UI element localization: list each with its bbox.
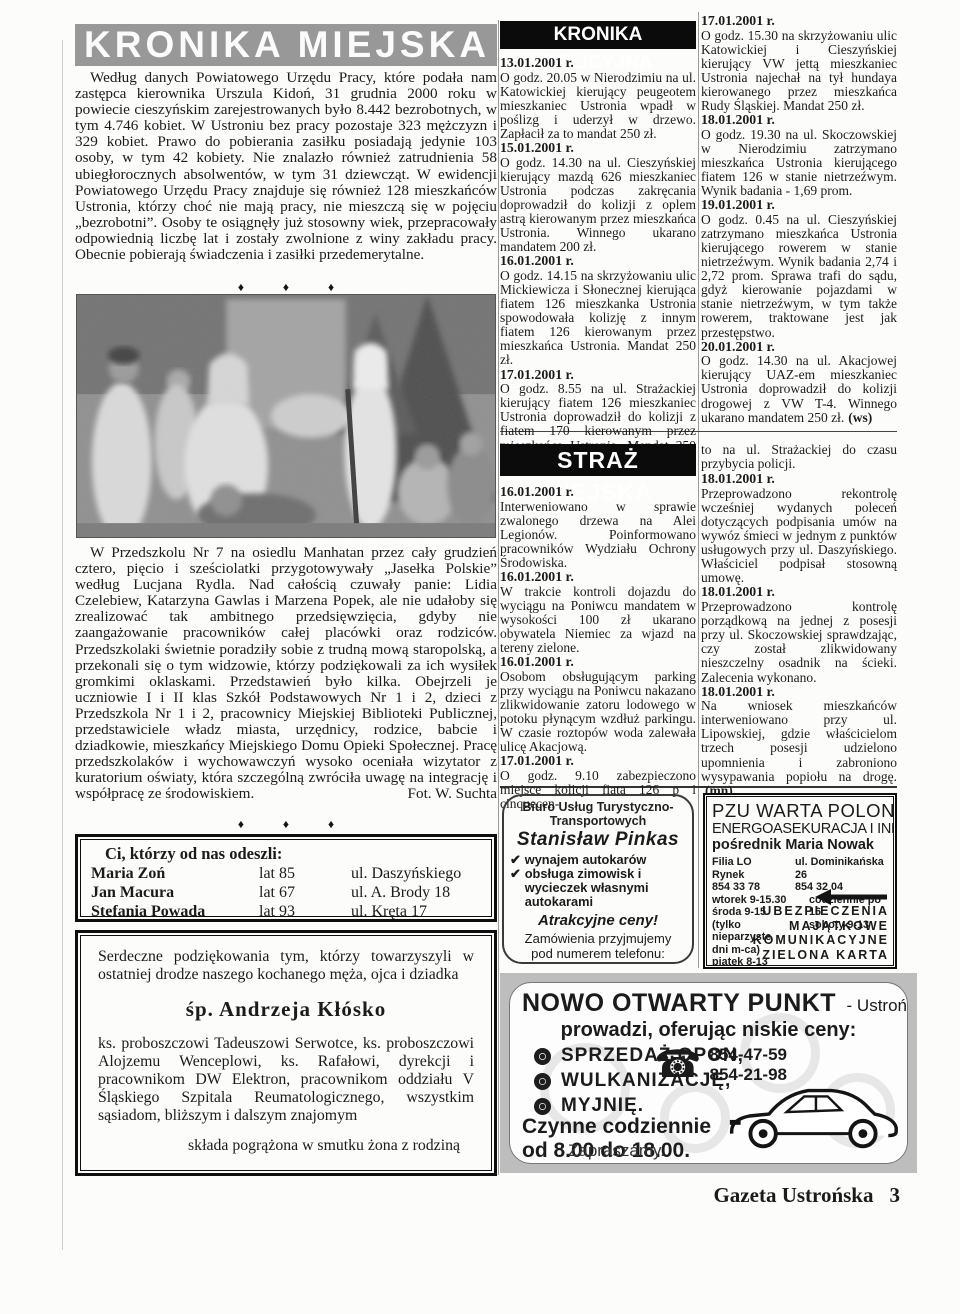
entry-text: Na wniosek mieszkańców interweniowano pr… xyxy=(701,699,897,798)
entry-text: O godz. 14.15 na skrzyżowaniu ulic Micki… xyxy=(500,269,696,368)
pzu-info-line: 854 33 78 xyxy=(712,881,795,894)
pzu-title-1: PZU WARTA POLONIA xyxy=(712,800,888,821)
pzu-info-line: Filia LO xyxy=(712,856,795,869)
nowo-hours-1: Czynne codziennie xyxy=(522,1115,711,1139)
obituary-signature: składa pogrążona w smutku żona z rodziną xyxy=(98,1137,474,1155)
pinkas-order-line1: Zamówienia przyjmujemy xyxy=(510,932,686,947)
nowo-offer-line: prowadzi, oferując niskie ceny: xyxy=(522,1019,895,1042)
obituary-deceased-name: śp. Andrzeja Kłósko xyxy=(98,997,474,1022)
entry-text: W trakcie kontroli dojazdu do wyciągu na… xyxy=(500,585,696,655)
entry-date: 16.01.2001 r. xyxy=(500,254,696,269)
entry-date: 16.01.2001 r. xyxy=(500,655,696,670)
police-entry: 13.01.2001 r. O godz. 20.05 w Nierodzimi… xyxy=(500,56,696,141)
newspaper-page: KRONIKA MIEJSKA Według danych Powiatoweg… xyxy=(0,0,960,1314)
entry-body: O godz. 20.05 w Nierodzimiu na ul. Katow… xyxy=(500,70,696,141)
pinkas-line2: Transportowych xyxy=(510,815,686,829)
entry-text: Przeprowadzono kontrolę porządkową na je… xyxy=(701,600,897,685)
deceased-name: Maria Zoń xyxy=(91,864,259,883)
straz-entry: 18.01.2001 r. Przeprowadzono rekontrolę … xyxy=(701,472,897,585)
entry-body: Osobom obsługującym parking przy wyciągu… xyxy=(500,669,696,754)
straz-entries-column-2: to na ul. Strażackiej do czasu przybycia… xyxy=(701,443,897,798)
pinkas-order-line2: pod numerem telefonu: xyxy=(510,947,686,962)
entry-text: Osobom obsługującym parking przy wyciągu… xyxy=(500,670,696,755)
entry-body: Interweniowano w sprawie zwalonego drzew… xyxy=(500,499,696,570)
pinkas-slogan: Atrakcyjne ceny! xyxy=(510,912,686,929)
pzu-info-line: Rynek xyxy=(712,869,795,882)
column-divider-left xyxy=(498,20,499,1175)
section-header-kronika-policyjna: KRONIKA POLICYJNA xyxy=(500,21,696,49)
entry-date: 18.01.2001 r. xyxy=(701,113,897,128)
kronika-miejska-paragraph-1: Według danych Powiatowego Urzędu Pracy, … xyxy=(75,70,497,263)
entry-date: 20.01.2001 r. xyxy=(701,340,897,355)
straz-entry: 16.01.2001 r. Interweniowano w sprawie z… xyxy=(500,485,696,570)
deceased-notice-box: Ci, którzy od nas odeszli: Maria Zoń lat… xyxy=(75,834,497,922)
nowo-closing: Zapraszamy. xyxy=(568,1141,665,1161)
car-illustration xyxy=(725,1071,903,1161)
check-icon: ✔ xyxy=(510,853,521,867)
entry-text: O godz. 14.30 na ul. Cieszyńskiej kieruj… xyxy=(500,156,696,255)
photo-credit: Fot. W. Suchta xyxy=(393,786,497,802)
pinkas-bullet: ✔ obsługa zimowisk i wycieczek własnymi … xyxy=(510,867,686,909)
entry-attribution: (ws) xyxy=(848,410,872,425)
pzu-border: PZU WARTA POLONIA ENERGOASEKURACJA I INN… xyxy=(703,793,897,969)
bullet-text: wynajem autokarów xyxy=(525,853,647,867)
entry-date: 15.01.2001 r. xyxy=(500,141,696,156)
section-header-straz-miejska: STRAŻ MIEJSKA xyxy=(500,444,696,476)
entry-date: 17.01.2001 r. xyxy=(500,754,696,769)
photo-illustration xyxy=(77,295,495,537)
deceased-row: Stefania Powada lat 93 ul. Kręta 17 xyxy=(91,902,481,921)
pzu-service-line: UBEZPIECZENIA xyxy=(753,904,889,919)
entry-date: 19.01.2001 r. xyxy=(701,198,897,213)
entry-date: 18.01.2001 r. xyxy=(701,685,897,700)
police-entry: 20.01.2001 r. O godz. 14.30 na ul. Akacj… xyxy=(701,340,897,425)
deceased-address: ul. Kręta 17 xyxy=(351,902,481,921)
pinkas-line1: Biuro Usług Turystyczno- xyxy=(510,801,686,815)
entry-body: Na wniosek mieszkańców interweniowano pr… xyxy=(701,698,897,783)
entry-date: 16.01.2001 r. xyxy=(500,485,696,500)
deceased-notice-inner: Ci, którzy od nas odeszli: Maria Zoń lat… xyxy=(80,839,492,917)
diamond-separator: ♦ ♦ ♦ xyxy=(75,280,497,295)
pinkas-phone-1: 033/852-70-49, xyxy=(510,961,686,964)
entry-text: O godz. 20.05 w Nierodzimiu na ul. Katow… xyxy=(500,71,696,141)
nowo-phone-1: 854-47-59 xyxy=(709,1045,787,1065)
obituary-intro: Serdeczne podziękowania tym, którzy towa… xyxy=(98,948,474,984)
telephone-icon: ☎ xyxy=(654,1046,701,1084)
page-footer: Gazeta Ustrońska3 xyxy=(560,1183,900,1208)
entry-body: O godz. 14.15 na skrzyżowaniu ulic Micki… xyxy=(500,268,696,368)
straz-column2-list: 18.01.2001 r. Przeprowadzono rekontrolę … xyxy=(701,472,897,798)
nowo-title-row: NOWO OTWARTY PUNKT - Ustroń-Jelenica 12 xyxy=(522,989,895,1018)
straz-continuation: to na ul. Strażackiej do czasu przybycia… xyxy=(701,443,897,471)
deceased-row: Maria Zoń lat 85 ul. Daszyńskiego xyxy=(91,864,481,883)
nowo-subtitle: - Ustroń-Jelenica 12 xyxy=(847,996,908,1015)
entry-body: O godz. 15.30 na skrzyżowaniu ulic Katow… xyxy=(701,28,897,113)
check-icon: ✔ xyxy=(510,867,521,909)
deceased-name: Stefania Powada xyxy=(91,902,259,921)
police-entry: 15.01.2001 r. O godz. 14.30 na ul. Ciesz… xyxy=(500,141,696,254)
deceased-row: Jan Macura lat 67 ul. A. Brody 18 xyxy=(91,883,481,902)
obituary-body: ks. proboszczowi Tadeuszowi Serwotce, ks… xyxy=(98,1035,474,1125)
entry-text: O godz. 14.30 na ul. Akacjowej kierujący… xyxy=(701,354,897,424)
entry-body: O godz. 19.30 na ul. Skoczowskiej w Nier… xyxy=(701,127,897,198)
diamond-separator: ♦ ♦ ♦ xyxy=(75,817,497,832)
straz-entry: 18.01.2001 r. Przeprowadzono kontrolę po… xyxy=(701,585,897,684)
obituary-box: Serdeczne podziękowania tym, którzy towa… xyxy=(75,930,497,1176)
nowo-inner: NOWO OTWARTY PUNKT - Ustroń-Jelenica 12 … xyxy=(509,982,908,1164)
police-entry: 19.01.2001 r. O godz. 0.45 na ul. Cieszy… xyxy=(701,198,897,339)
pinkas-name: Stanisław Pinkas xyxy=(510,829,686,851)
newspaper-title: Gazeta Ustrońska xyxy=(713,1183,873,1207)
bullet-text: obsługa zimowisk i wycieczek własnymi au… xyxy=(525,867,686,909)
page-number: 3 xyxy=(890,1183,901,1207)
deceased-address: ul. Daszyńskiego xyxy=(351,864,481,883)
police-entries-column-2: 17.01.2001 r. O godz. 15.30 na skrzyżowa… xyxy=(701,14,897,425)
police-entry: 18.01.2001 r. O godz. 19.30 na ul. Skocz… xyxy=(701,113,897,198)
pzu-service-line: ZIELONA KARTA xyxy=(753,948,889,963)
pzu-service-line: MAJĄTKOWE xyxy=(753,919,889,934)
entry-date: 17.01.2001 r. xyxy=(701,14,897,29)
pzu-services: UBEZPIECZENIAMAJĄTKOWEKOMUNIKACYJNEZIELO… xyxy=(753,904,889,962)
kronika-miejska-paragraph-2: W Przedszkolu Nr 7 na osiedlu Manhatan p… xyxy=(75,545,497,803)
page-edge-line xyxy=(62,40,63,1250)
pinkas-bullets: ✔ wynajem autokarów ✔ obsługa zimowisk i… xyxy=(510,853,686,909)
entry-text: O godz. 19.30 na ul. Skoczowskiej w Nier… xyxy=(701,128,897,198)
ad-nowo-otwarty-punkt: NOWO OTWARTY PUNKT - Ustroń-Jelenica 12 … xyxy=(500,973,917,1173)
pzu-title-2: ENERGOASEKURACJA I INNE xyxy=(712,821,888,837)
entry-date: 17.01.2001 r. xyxy=(500,368,696,383)
section-header-kronika-miejska: KRONIKA MIEJSKA xyxy=(75,24,497,66)
pzu-service-line: KOMUNIKACYJNE xyxy=(753,933,889,948)
deceased-age: lat 67 xyxy=(259,883,351,902)
paragraph-text: W Przedszkolu Nr 7 na osiedlu Manhatan p… xyxy=(75,544,497,802)
entry-text: O godz. 0.45 na ul. Cieszyńskiej zatrzym… xyxy=(701,213,897,340)
deceased-age: lat 85 xyxy=(259,864,351,883)
straz-entry: 16.01.2001 r. W trakcie kontroli dojazdu… xyxy=(500,570,696,655)
ad-biuro-pinkas: Biuro Usług Turystyczno- Transportowych … xyxy=(502,794,694,964)
straz-entries-column-1: 16.01.2001 r. Interweniowano w sprawie z… xyxy=(500,485,696,811)
deceased-age: lat 93 xyxy=(259,902,351,921)
nowo-title: NOWO OTWARTY PUNKT xyxy=(522,989,836,1017)
entry-text: O godz. 15.30 na skrzyżowaniu ulic Katow… xyxy=(701,29,897,114)
pzu-inner: PZU WARTA POLONIA ENERGOASEKURACJA I INN… xyxy=(706,796,894,966)
entry-date: 13.01.2001 r. xyxy=(500,56,696,71)
entry-body: W trakcie kontroli dojazdu do wyciągu na… xyxy=(500,584,696,655)
entry-body: O godz. 14.30 na ul. Cieszyńskiej kieruj… xyxy=(500,155,696,255)
straz-entry: 18.01.2001 r. Na wniosek mieszkańców int… xyxy=(701,685,897,798)
deceased-name: Jan Macura xyxy=(91,883,259,902)
entry-date: 18.01.2001 r. xyxy=(701,472,897,487)
nativity-play-photo xyxy=(76,294,496,538)
entry-body: Przeprowadzono kontrolę porządkową na je… xyxy=(701,599,897,684)
entry-date: 18.01.2001 r. xyxy=(701,585,897,600)
deceased-address: ul. A. Brody 18 xyxy=(351,883,481,902)
entry-body: O godz. 0.45 na ul. Cieszyńskiej zatrzym… xyxy=(701,212,897,340)
deceased-list: Maria Zoń lat 85 ul. Daszyńskiego Jan Ma… xyxy=(91,864,481,921)
ad-pzu-warta: PZU WARTA POLONIA ENERGOASEKURACJA I INN… xyxy=(703,793,897,969)
pinkas-bullet: ✔ wynajem autokarów xyxy=(510,853,686,867)
pzu-address: ul. Dominikańska 26 xyxy=(795,856,888,881)
entry-body: Przeprowadzono rekontrolę wcześniej wyda… xyxy=(701,486,897,586)
straz-entry: 16.01.2001 r. Osobom obsługującym parkin… xyxy=(500,655,696,754)
deceased-title: Ci, którzy od nas odeszli: xyxy=(91,844,481,864)
entry-text: Interweniowano w sprawie zwalonego drzew… xyxy=(500,500,696,570)
obituary-inner: Serdeczne podziękowania tym, którzy towa… xyxy=(80,935,492,1171)
entry-date: 16.01.2001 r. xyxy=(500,570,696,585)
pzu-title-3: pośrednik Maria Nowak xyxy=(712,837,888,854)
column-divider-right xyxy=(698,12,699,968)
police-entry: 17.01.2001 r. O godz. 15.30 na skrzyżowa… xyxy=(701,14,897,113)
entry-text: Przeprowadzono rekontrolę wcześniej wyda… xyxy=(701,487,897,586)
police-entry: 16.01.2001 r. O godz. 14.15 na skrzyżowa… xyxy=(500,254,696,367)
police-entries-column-1: 13.01.2001 r. O godz. 20.05 w Nierodzimi… xyxy=(500,56,696,467)
